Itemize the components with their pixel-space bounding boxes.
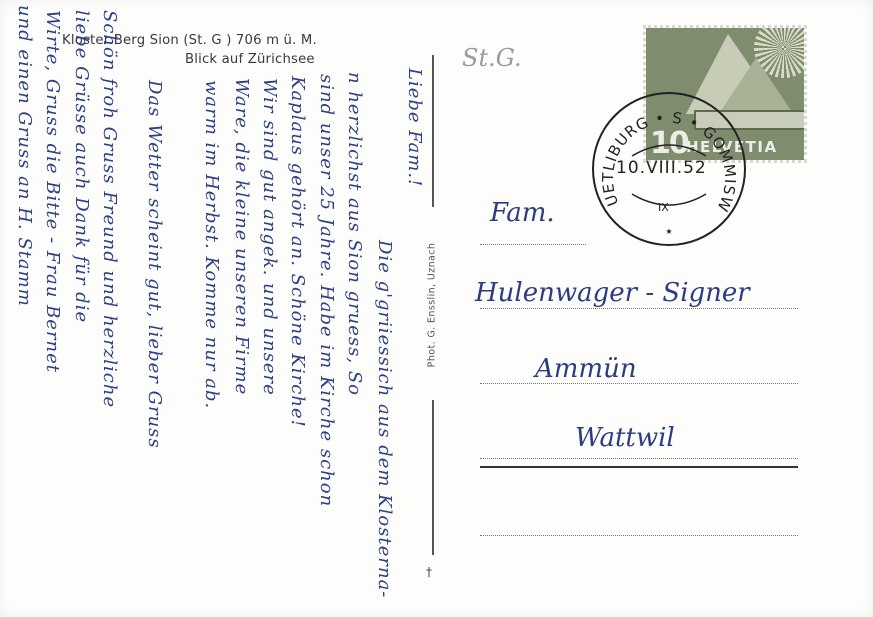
address-line-1: Fam. (490, 198, 555, 228)
postmark: UETLIBURG • S • GOMMISWALD ★ 10.VIII.52 … (592, 92, 746, 246)
address-dotline (480, 244, 586, 245)
address-dotline (480, 308, 798, 309)
message-line: warm im Herbst. Komme nur ab. (201, 80, 222, 409)
message-line: liebe Grüsse auch Dank für die (71, 10, 92, 323)
message-line: Wir sind gut angek. und unsere (259, 78, 280, 396)
center-divider-bottom (432, 400, 434, 555)
svg-text:★: ★ (665, 227, 672, 236)
address-line-2: Hulenwager - Signer (475, 278, 750, 308)
message-line: Die g'griiessich aus dem Klosterna- (374, 240, 395, 598)
address-line-3: Ammün (535, 354, 637, 384)
pencil-note: St.G. (462, 44, 522, 72)
caption-subtitle: Blick auf Zürichsee (185, 52, 315, 67)
message-line: Kaplaus gehört an. Schöne Kirche! (287, 76, 308, 428)
svg-text:UETLIBURG • S • GOMMISWALD: UETLIBURG • S • GOMMISWALD (594, 94, 739, 214)
message-line: Ware, die kleine unseren Firme (231, 78, 252, 395)
imprint-mark: † (426, 565, 432, 579)
address-dotline (480, 458, 798, 459)
address-dotline (480, 535, 798, 536)
message-line: Das Wetter scheint gut, lieber Gruss (144, 80, 165, 449)
message-line: Schön froh Gruss Freund und herzliche (99, 10, 120, 408)
postcard: Kloster Berg Sion (St. G ) 706 m ü. M. B… (0, 0, 873, 617)
postmark-date: 10.VIII.52 (616, 158, 707, 178)
message-line: n herzlichst aus Sion gruess, So (344, 72, 365, 396)
address-dotline (480, 383, 798, 384)
address-underline (480, 466, 798, 468)
center-divider-top (432, 55, 434, 207)
photo-credit: Phot. G. Ensslin, Uznach (427, 243, 438, 368)
message-line: sind unser 25 Jahre. Habe im Kirche scho… (316, 74, 337, 507)
message-line: Liebe Fam.! (404, 68, 425, 187)
postmark-ring-text: UETLIBURG • S • GOMMISWALD (594, 94, 739, 214)
message-line: Wirte, Gruss die Bitte - Frau Bernet (42, 10, 63, 373)
postmark-time: IX (658, 201, 669, 214)
message-line: und einen Gruss an H. Stamm (14, 5, 35, 307)
address-line-4: Wattwil (575, 423, 675, 453)
